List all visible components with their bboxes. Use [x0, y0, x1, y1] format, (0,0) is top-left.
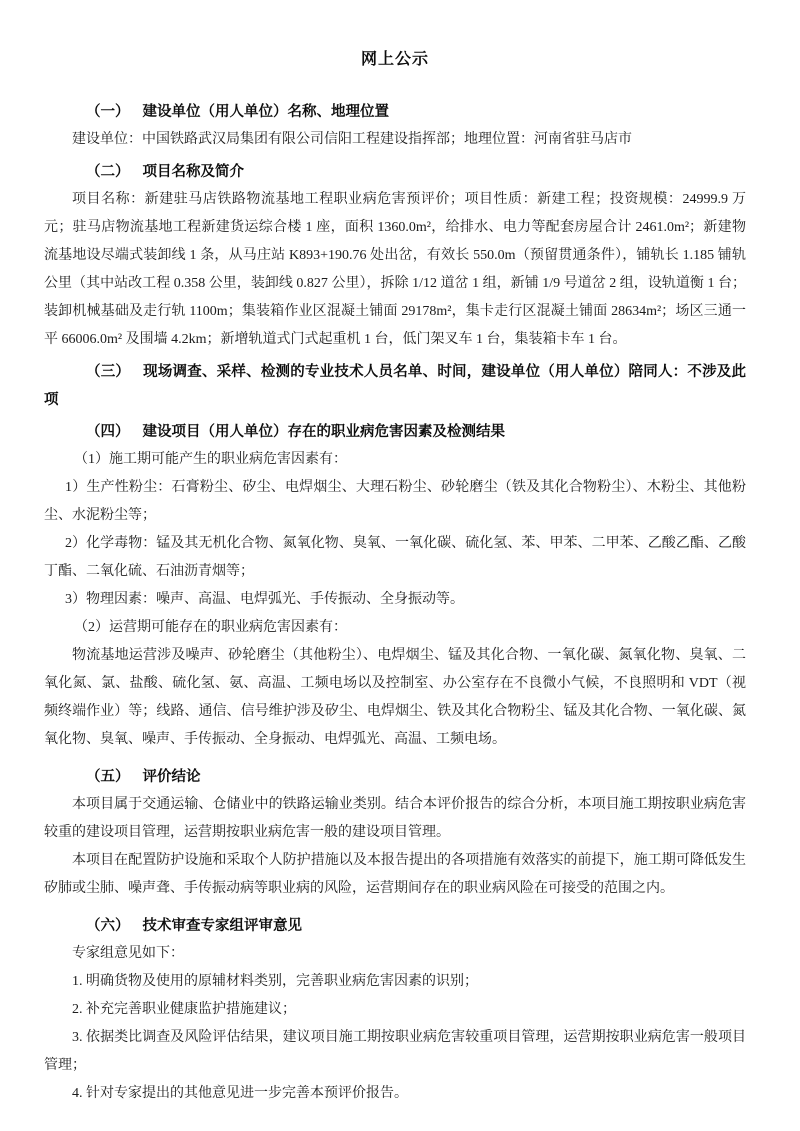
section-5-title: 评价结论	[143, 769, 201, 785]
section-2-paragraph-1: 项目名称：新建驻马店铁路物流基地工程职业病危害预评价；项目性质：新建工程；投资规…	[44, 186, 746, 354]
section-6-expert-item-4: 4. 针对专家提出的其他意见进一步完善本预评价报告。	[44, 1080, 746, 1108]
section-6-expert-item-2: 2. 补充完善职业健康监护措施建议；	[44, 996, 746, 1024]
section-4-item-operation-detail: 物流基地运营涉及噪声、砂轮磨尘（其他粉尘）、电焊烟尘、锰及其化合物、一氧化碳、氮…	[44, 642, 746, 754]
section-5-paragraph-1: 本项目属于交通运输、仓储业中的铁路运输业类别。结合本评价报告的综合分析，本项目施…	[44, 791, 746, 847]
section-4-item-physical: 3）物理因素：噪声、高温、电焊弧光、手传振动、全身振动等。	[44, 586, 746, 614]
section-2-heading: （二）项目名称及简介	[44, 158, 746, 186]
section-5-paragraph-2: 本项目在配置防护设施和采取个人防护措施以及本报告提出的各项措施有效落实的前提下，…	[44, 847, 746, 903]
section-1-number: （一）	[86, 104, 130, 120]
section-5-number: （五）	[86, 769, 130, 785]
section-5-heading: （五）评价结论	[44, 763, 746, 791]
section-1-heading: （一）建设单位（用人单位）名称、地理位置	[44, 98, 746, 126]
section-6-expert-item-1: 1. 明确货物及使用的原辅材料类别，完善职业病危害因素的识别；	[44, 968, 746, 996]
section-1-title: 建设单位（用人单位）名称、地理位置	[143, 104, 390, 120]
section-6-title: 技术审查专家组评审意见	[143, 918, 303, 934]
section-4-item-operation-intro: （2）运营期可能存在的职业病危害因素有：	[44, 614, 746, 642]
section-3-number: （三）	[86, 364, 130, 380]
section-3-title: 现场调查、采样、检测的专业技术人员名单、时间，建设单位（用人单位）陪同人：不涉及…	[44, 364, 746, 408]
section-2-title: 项目名称及简介	[143, 164, 245, 180]
document-title: 网上公示	[44, 46, 746, 74]
section-4-item-chemicals: 2）化学毒物：锰及其无机化合物、氮氧化物、臭氧、一氧化碳、硫化氢、苯、甲苯、二甲…	[44, 530, 746, 586]
section-4-title: 建设项目（用人单位）存在的职业病危害因素及检测结果	[143, 424, 506, 440]
section-6-expert-item-3: 3. 依据类比调查及风险评估结果，建议项目施工期按职业病危害较重项目管理，运营期…	[44, 1024, 746, 1080]
section-1-paragraph-1: 建设单位：中国铁路武汉局集团有限公司信阳工程建设指挥部；地理位置：河南省驻马店市	[44, 126, 746, 154]
section-6-heading: （六）技术审查专家组评审意见	[44, 912, 746, 940]
section-4-heading: （四）建设项目（用人单位）存在的职业病危害因素及检测结果	[44, 418, 746, 446]
section-4-item-dust: 1）生产性粉尘：石膏粉尘、矽尘、电焊烟尘、大理石粉尘、砂轮磨尘（铁及其化合物粉尘…	[44, 474, 746, 530]
section-6-intro: 专家组意见如下：	[44, 940, 746, 968]
section-2-number: （二）	[86, 164, 130, 180]
section-4-number: （四）	[86, 424, 130, 440]
section-3-heading: （三）现场调查、采样、检测的专业技术人员名单、时间，建设单位（用人单位）陪同人：…	[44, 358, 746, 414]
section-4-item-construction-intro: （1）施工期可能产生的职业病危害因素有：	[44, 446, 746, 474]
document-page: 网上公示 （一）建设单位（用人单位）名称、地理位置 建设单位：中国铁路武汉局集团…	[0, 0, 800, 1131]
section-6-number: （六）	[86, 918, 130, 934]
